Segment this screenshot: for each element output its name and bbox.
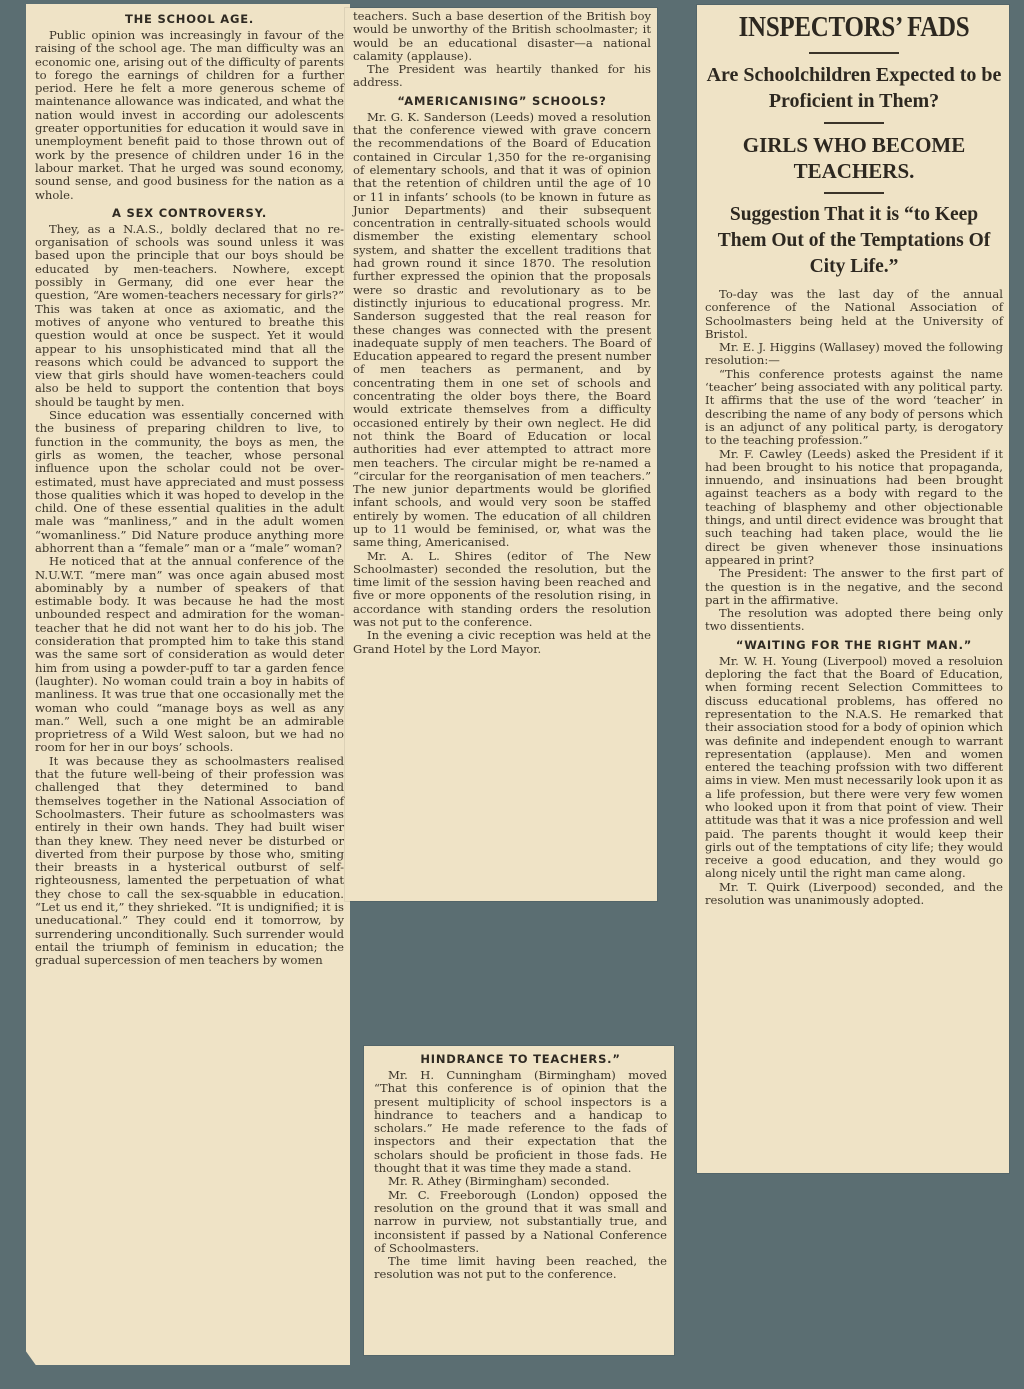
paragraph: Mr. E. J. Higgins (Wallasey) moved the f… [705,341,1003,368]
paragraph: The resolution was adopted there being o… [705,607,1003,634]
subheading-school-age: THE SCHOOL AGE. [35,12,344,26]
paragraph: Mr. F. Cawley (Leeds) asked the Presiden… [705,448,1003,568]
deck-proficient: Are Schoolchildren Expected to be Profic… [705,62,1003,114]
deck-girls-teachers: GIRLS WHO BECOME TEACHERS. [705,132,1003,184]
clipping-school-age: THE SCHOOL AGE. Public opinion was incre… [26,4,350,1365]
paragraph: Mr. G. K. Sanderson (Leeds) moved a reso… [353,111,651,550]
deck-rule [824,192,884,194]
paragraph: teachers. Such a base desertion of the B… [353,10,651,63]
paragraph: In the evening a civic reception was hel… [353,629,651,656]
subheading-hindrance: HINDRANCE TO TEACHERS.” [374,1052,667,1066]
clipping-hindrance-to-teachers: HINDRANCE TO TEACHERS.” Mr. H. Cunningha… [364,1046,674,1355]
paragraph: Public opinion was increasingly in favou… [35,29,344,202]
paragraph: “This conference protests against the na… [705,368,1003,448]
deck-rule [824,122,884,124]
paragraph: The time limit having been reached, the … [374,1255,667,1282]
headline: INSPECTORS’ FADS [726,10,982,44]
paragraph: To-day was the last day of the annual co… [705,288,1003,341]
subheading-right-man: “WAITING FOR THE RIGHT MAN.” [705,638,1003,652]
subheading-sex-controversy: A SEX CONTROVERSY. [35,206,344,220]
paragraph: Mr. C. Freeborough (London) opposed the … [374,1189,667,1255]
paragraph: He noticed that at the annual conference… [35,555,344,754]
paragraph: Mr. T. Quirk (Liverpood) seconded, and t… [705,881,1003,908]
paragraph: Mr. H. Cunningham (Birmingham) moved “Th… [374,1069,667,1175]
paragraph: Since education was essentially concerne… [35,409,344,555]
clipping-americanising-schools: teachers. Such a base desertion of the B… [345,8,657,901]
paragraph: It was because they as schoolmasters rea… [35,755,344,968]
paragraph: Mr. R. Athey (Birmingham) seconded. [374,1175,667,1188]
headline-rule [809,52,899,54]
deck-temptations: Suggestion That it is “to Keep Them Out … [705,202,1003,280]
paragraph: They, as a N.A.S., boldly declared that … [35,223,344,409]
paragraph: Mr. A. L. Shires (editor of The New Scho… [353,550,651,630]
paragraph: The President: The answer to the first p… [705,567,1003,607]
paragraph: Mr. W. H. Young (Liverpool) moved a reso… [705,655,1003,881]
paragraph: The President was heartily thanked for h… [353,63,651,90]
clipping-inspectors-fads: INSPECTORS’ FADS Are Schoolchildren Expe… [697,5,1009,1173]
subheading-americanising: “AMERICANISING” SCHOOLS? [353,94,651,108]
